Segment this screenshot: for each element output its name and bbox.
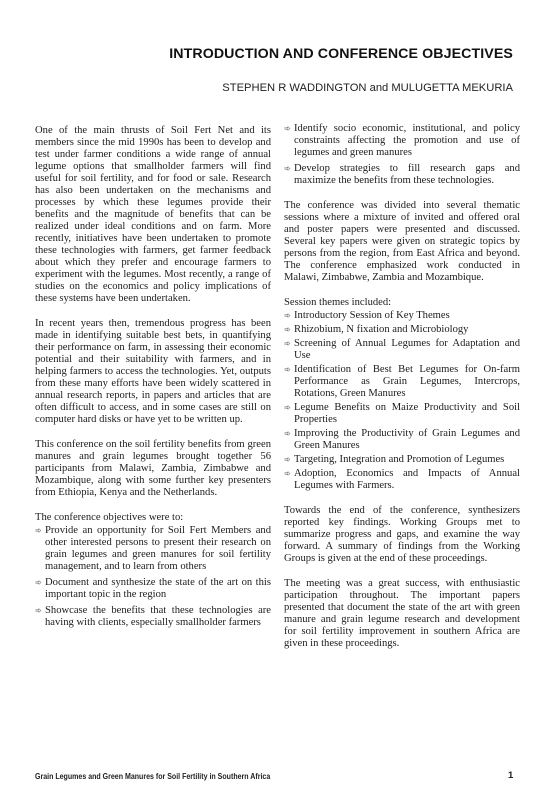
list-item: ➾Rhizobium, N fixation and Microbiology [284, 324, 520, 336]
running-footer: Grain Legumes and Green Manures for Soil… [35, 772, 270, 781]
progress-paragraph: In recent years then, tremendous progres… [35, 318, 271, 426]
list-item: ➾Screening of Annual Legumes for Adaptat… [284, 338, 520, 362]
session-themes-list: ➾Introductory Session of Key Themes ➾Rhi… [284, 310, 520, 492]
arrow-bullet-icon: ➾ [284, 163, 291, 175]
page-number: 1 [508, 770, 513, 781]
participants-paragraph: This conference on the soil fertility be… [35, 439, 271, 499]
page-title: INTRODUCTION AND CONFERENCE OBJECTIVES [169, 46, 513, 62]
list-item: ➾Identify socio economic, institutional,… [284, 123, 520, 159]
author-line: STEPHEN R WADDINGTON and MULUGETTA MEKUR… [222, 82, 513, 94]
list-item: ➾Legume Benefits on Maize Productivity a… [284, 402, 520, 426]
arrow-bullet-icon: ➾ [35, 577, 42, 589]
list-item: ➾Introductory Session of Key Themes [284, 310, 520, 322]
arrow-bullet-icon: ➾ [284, 454, 291, 466]
list-item: ➾Improving the Productivity of Grain Leg… [284, 428, 520, 452]
list-item: ➾Identification of Best Bet Legumes for … [284, 364, 520, 400]
objectives-list: ➾Provide an opportunity for Soil Fert Me… [35, 525, 271, 629]
sessions-paragraph: The conference was divided into several … [284, 200, 520, 284]
left-column: One of the main thrusts of Soil Fert Net… [35, 125, 271, 642]
arrow-bullet-icon: ➾ [35, 605, 42, 617]
intro-paragraph: One of the main thrusts of Soil Fert Net… [35, 125, 271, 305]
arrow-bullet-icon: ➾ [284, 338, 291, 350]
arrow-bullet-icon: ➾ [284, 123, 291, 135]
arrow-bullet-icon: ➾ [284, 310, 291, 322]
list-item: ➾Document and synthesize the state of th… [35, 577, 271, 601]
list-item: ➾Targeting, Integration and Promotion of… [284, 454, 520, 466]
arrow-bullet-icon: ➾ [35, 525, 42, 537]
synthesis-paragraph: Towards the end of the conference, synth… [284, 505, 520, 565]
arrow-bullet-icon: ➾ [284, 468, 291, 480]
session-themes-label: Session themes included: [284, 297, 520, 309]
arrow-bullet-icon: ➾ [284, 364, 291, 376]
objectives-list-continued: ➾Identify socio economic, institutional,… [284, 123, 520, 187]
arrow-bullet-icon: ➾ [284, 324, 291, 336]
list-item: ➾Showcase the benefits that these techno… [35, 605, 271, 629]
list-item: ➾Adoption, Economics and Impacts of Annu… [284, 468, 520, 492]
arrow-bullet-icon: ➾ [284, 402, 291, 414]
right-column: ➾Identify socio economic, institutional,… [284, 123, 520, 663]
list-item: ➾Provide an opportunity for Soil Fert Me… [35, 525, 271, 573]
arrow-bullet-icon: ➾ [284, 428, 291, 440]
objectives-intro: The conference objectives were to: [35, 512, 271, 524]
list-item: ➾Develop strategies to fill research gap… [284, 163, 520, 187]
closing-paragraph: The meeting was a great success, with en… [284, 578, 520, 650]
